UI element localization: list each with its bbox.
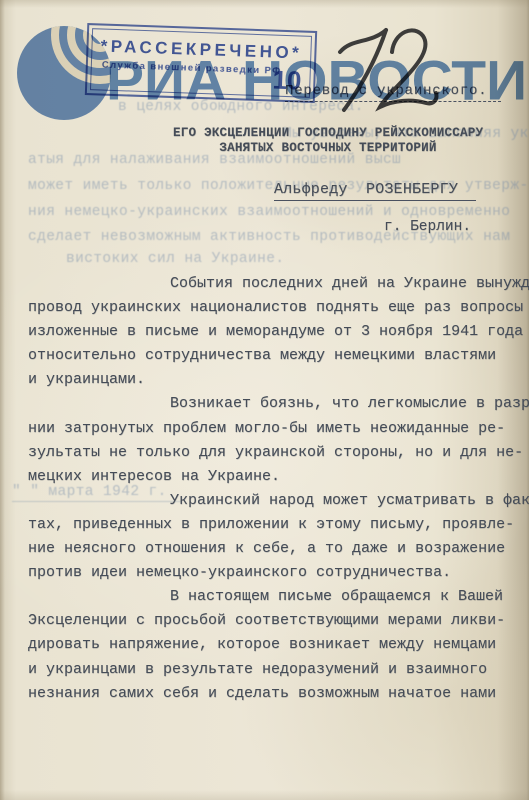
bleedthrough-line: ния немецко-украинских взаимоотношений и… <box>28 204 510 220</box>
recipient-line1: ЕГО ЭКСЦЕЛЕНЦИИ ГОСПОДИНУ РЕЙХСКОМИССАРУ <box>173 126 483 140</box>
paragraph-2: Возникает боязнь, что легкомыслие в разр… <box>28 392 529 488</box>
recipient-block: ЕГО ЭКСЦЕЛЕНЦИИ ГОСПОДИНУ РЕЙХСКОМИССАРУ… <box>173 126 483 155</box>
paragraph-3: Украинский народ может усматривать в фак… <box>28 489 529 585</box>
ria-novosti-watermark: РИА НОВОСТИ <box>106 49 527 114</box>
handwritten-page-number <box>330 16 448 116</box>
bleedthrough-line: вистоких сил на Украине. <box>66 251 284 267</box>
letter-body: События последних дней на Украине вынужд… <box>28 272 529 706</box>
paragraph-1: События последних дней на Украине вынужд… <box>28 272 529 392</box>
scanned-letter-page: в целях обоюдного интереса. Мы уверены, … <box>0 0 529 800</box>
recipient-line2: ЗАНЯТЫХ ВОСТОЧНЫХ ТЕРРИТОРИЙ <box>173 141 483 155</box>
paragraph-4: В настоящем письме обращаемся к Вашей Эк… <box>28 585 529 705</box>
city-line: г. Берлин. <box>384 219 471 235</box>
globe-icon <box>16 25 112 121</box>
addressee-name: Альфреду РОЗЕНБЕРГУ <box>274 181 476 201</box>
